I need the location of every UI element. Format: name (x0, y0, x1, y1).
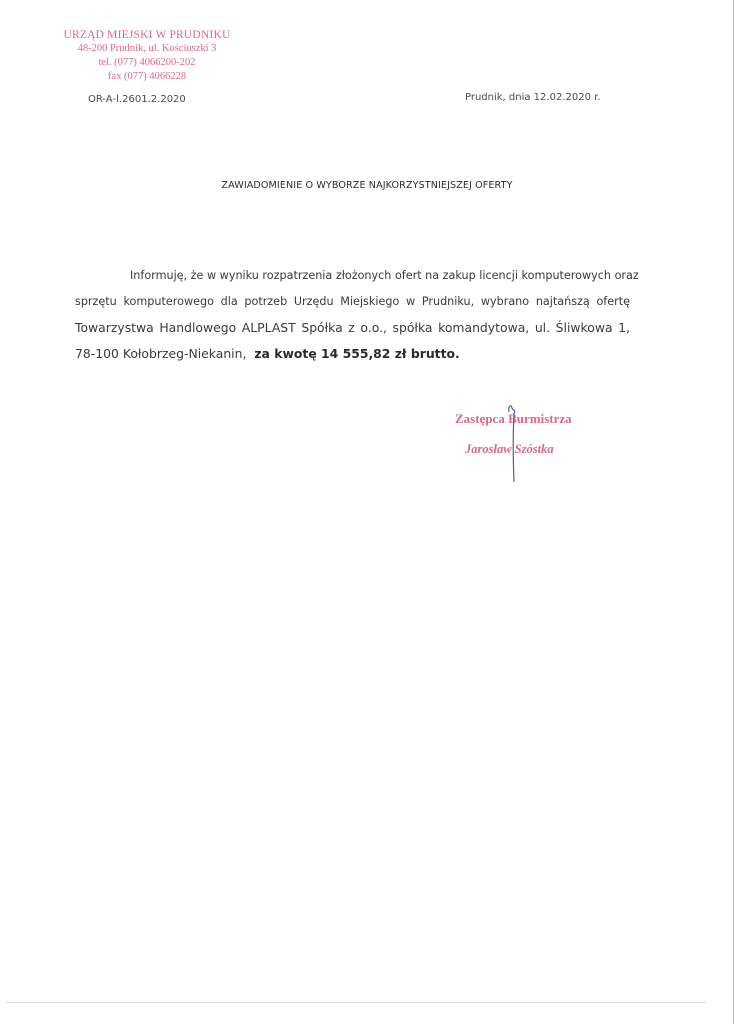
company-address: 78-100 Kołobrzeg-Niekanin, (75, 346, 246, 361)
document-body: Informuję, że w wyniku rozpatrzenia złoż… (75, 263, 630, 367)
document-title: ZAWIADOMIENIE O WYBORZE NAJKORZYSTNIEJSZ… (0, 180, 734, 191)
office-name: URZĄD MIEJSKI W PRUDNIKU (52, 28, 242, 42)
office-fax: fax (077) 4066228 (52, 70, 242, 84)
offer-amount: za kwotę 14 555,82 zł brutto. (254, 346, 459, 361)
footer-rule (6, 1002, 706, 1003)
signatory-name: Jarosław Szóstka (455, 442, 595, 457)
body-line-1: Informuję, że w wyniku rozpatrzenia złoż… (75, 263, 630, 289)
reference-number: OR-A-I.2601.2.2020 (88, 94, 186, 105)
office-header-stamp: URZĄD MIEJSKI W PRUDNIKU 48-200 Prudnik,… (52, 28, 242, 84)
body-line-3: Towarzystwa Handlowego ALPLAST Spółka z … (75, 315, 630, 341)
signatory-role: Zastępca Burmistrza (455, 410, 595, 428)
place-and-date: Prudnik, dnia 12.02.2020 r. (465, 92, 601, 103)
signature-stamp: Zastępca Burmistrza Jarosław Szóstka (455, 410, 595, 457)
body-line-4: 78-100 Kołobrzeg-Niekanin, za kwotę 14 5… (75, 341, 630, 367)
office-phone: tel. (077) 4066200-202 (52, 56, 242, 70)
handwritten-signature-icon (500, 402, 525, 484)
body-line-2: sprzętu komputerowego dla potrzeb Urzędu… (75, 289, 630, 315)
office-address: 48-200 Prudnik, ul. Kościuszki 3 (52, 42, 242, 56)
